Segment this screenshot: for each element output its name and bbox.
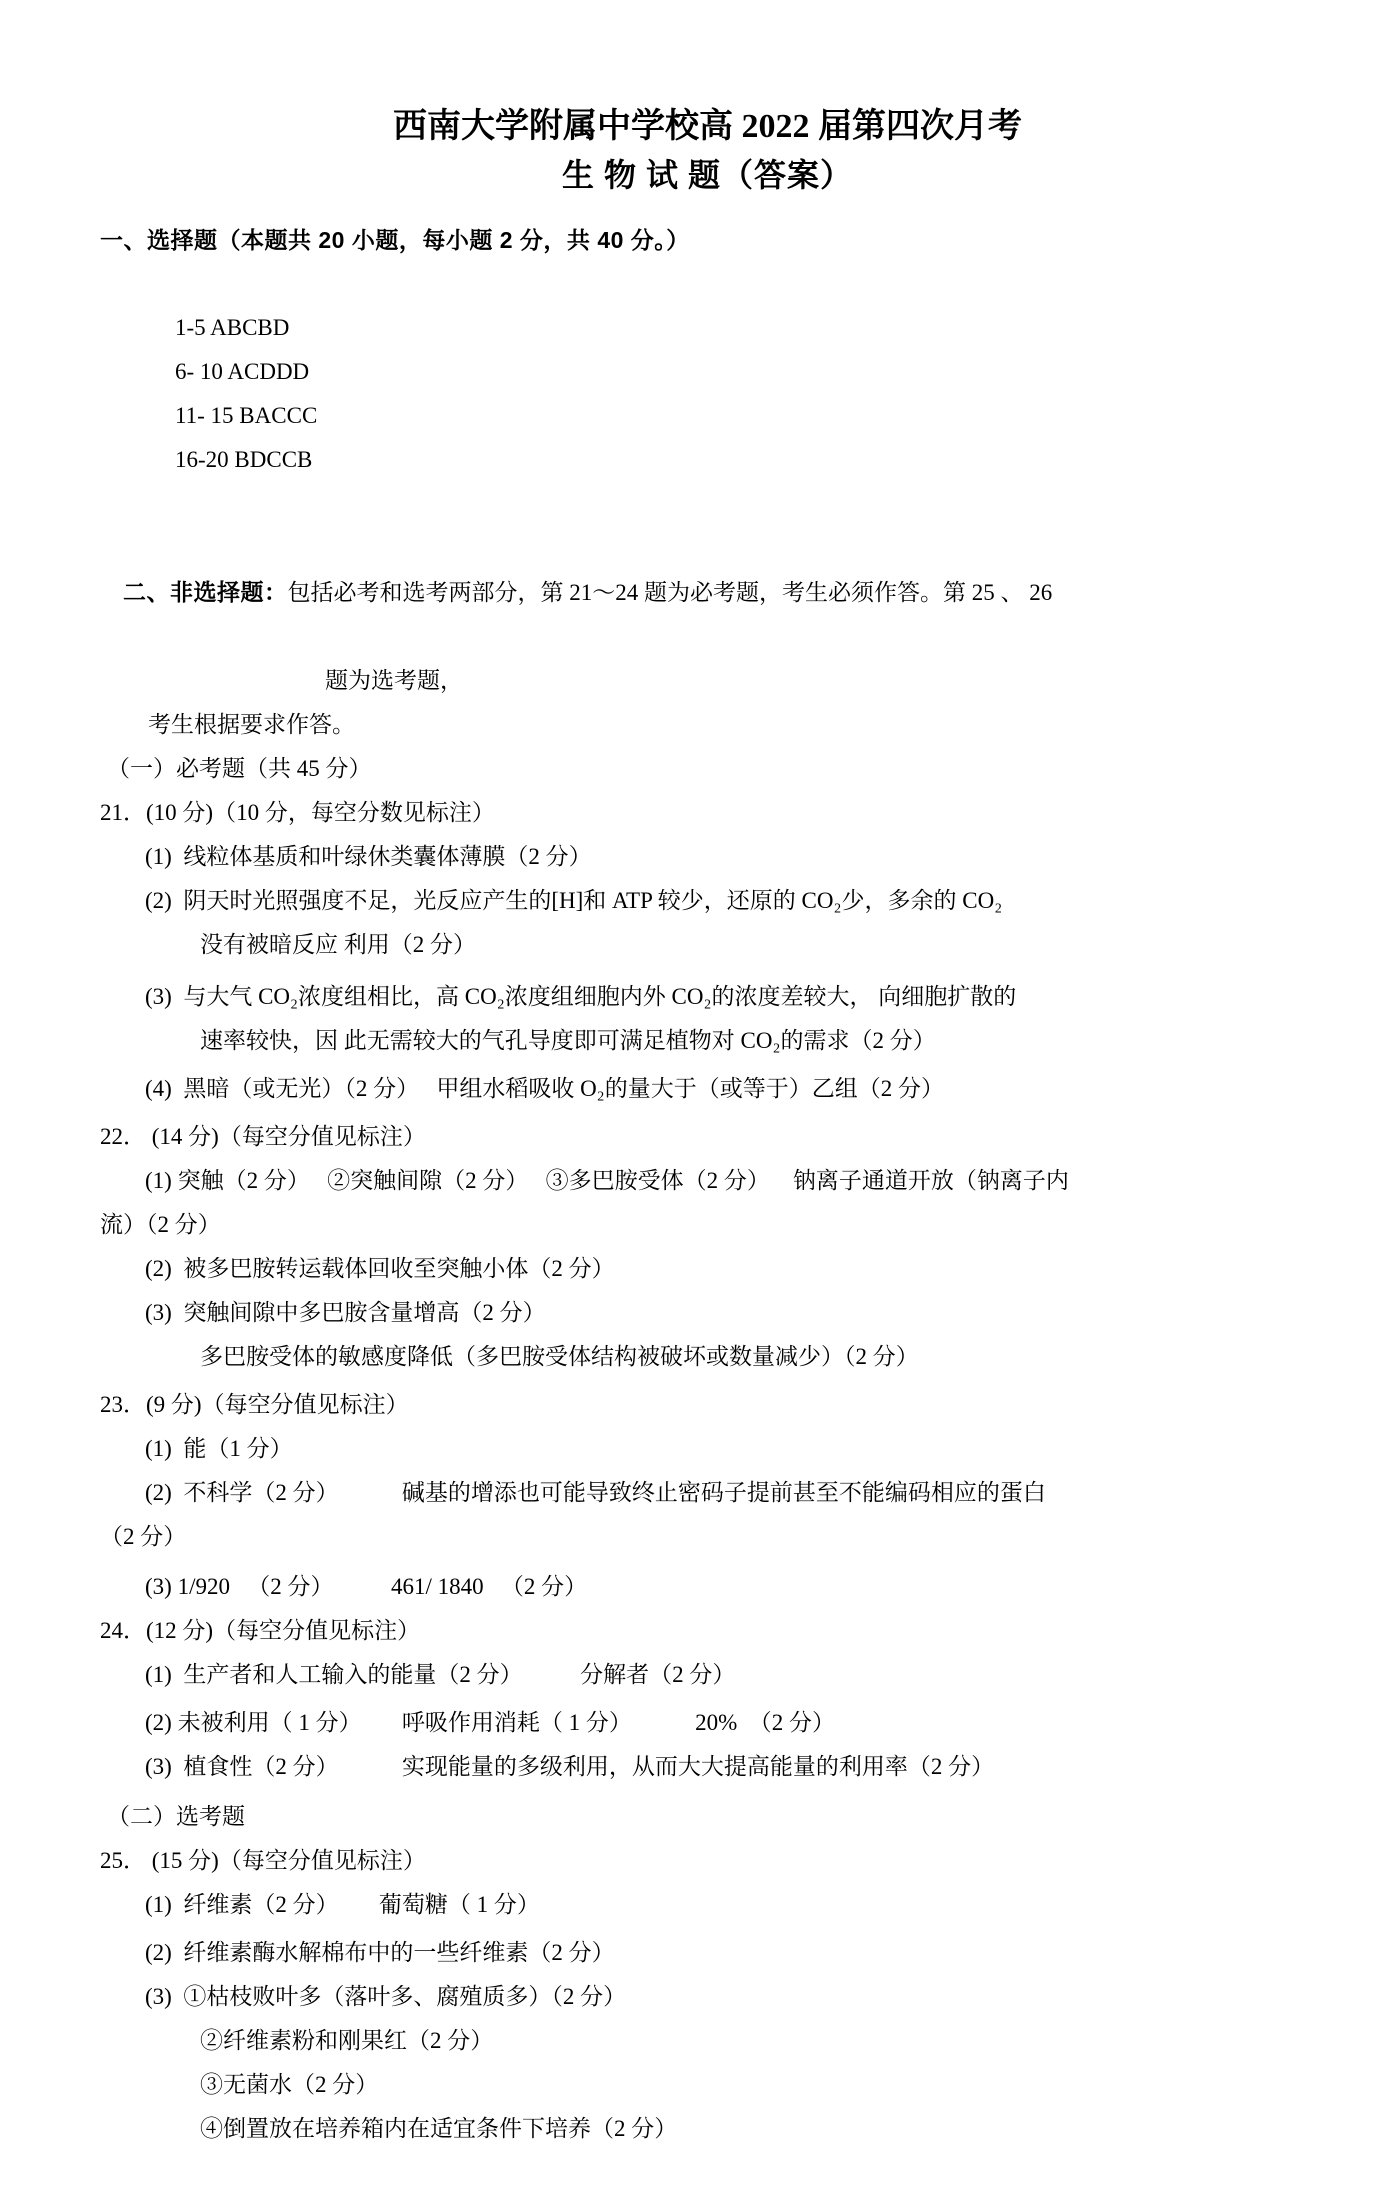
answer-group-6-10: 6- 10 ACDDD bbox=[175, 350, 375, 394]
answer-group-11-15: 11- 15 BACCC bbox=[175, 394, 370, 438]
q21-answer-2-line1: (2) 阴天时光照强度不足，光反应产生的[H]和 ATP 较少，还原的 CO₂少… bbox=[145, 879, 1315, 923]
choice-section-heading: 一、选择题（本题共 20 小题，每小题 2 分，共 40 分。） bbox=[100, 218, 1315, 262]
q21-answer-4: (4) 黑暗（或无光）（2 分） 甲组水稻吸收 O₂的量大于（或等于）乙组（2 … bbox=[145, 1067, 1315, 1111]
q25-answer-3-item1: (3) ①枯枝败叶多（落叶多、腐殖质多）（2 分） bbox=[145, 1975, 1315, 2019]
q24-header: 24．(12 分)（每空分值见标注） bbox=[100, 1609, 1315, 1653]
optional-part-heading: （二）选考题 bbox=[107, 1795, 1315, 1839]
nonchoice-section-intro: 包括必考和选考两部分，第 21～24 题为必考题，考生必须作答。第 25 、 2… bbox=[288, 580, 1053, 605]
q22-answer-2: (2) 被多巴胺转运载体回收至突触小体（2 分） bbox=[145, 1247, 1315, 1291]
q24-answer-2: (2) 未被利用（ 1 分） 呼吸作用消耗（ 1 分） 20% （2 分） bbox=[145, 1701, 1315, 1745]
q24-answer-3: (3) 植食性（2 分） 实现能量的多级利用，从而大大提高能量的利用率（2 分） bbox=[145, 1745, 1315, 1789]
answer-group-1-5: 1-5 ABCBD bbox=[175, 306, 368, 350]
q23-answer-1: (1) 能（1 分） bbox=[145, 1427, 1315, 1471]
exam-title: 西南大学附属中学校高 2022 届第四次月考 bbox=[100, 104, 1315, 150]
q23-header: 23．(9 分)（每空分值见标注） bbox=[100, 1383, 1315, 1427]
q22-answer-1-line1: (1) 突触（2 分） ②突触间隙（2 分） ③多巴胺受体（2 分） 钠离子通道… bbox=[145, 1159, 1315, 1203]
nonchoice-intro-line2: 题为选考题， bbox=[325, 659, 1315, 703]
q25-answer-2: (2) 纤维素酶水解棉布中的一些纤维素（2 分） bbox=[145, 1931, 1315, 1975]
q25-answer-1: (1) 纤维素（2 分） 葡萄糖（ 1 分） bbox=[145, 1883, 1315, 1927]
q21-answer-2-line2: 没有被暗反应 利用（2 分） bbox=[200, 923, 1315, 967]
q24-answer-1: (1) 生产者和人工输入的能量（2 分） 分解者（2 分） bbox=[145, 1653, 1315, 1697]
q25-answer-3-item4: ④倒置放在培养箱内在适宜条件下培养（2 分） bbox=[200, 2107, 1315, 2151]
nonchoice-intro-line3: 考生根据要求作答。 bbox=[148, 703, 1315, 747]
q25-answer-3-item2: ②纤维素粉和刚果红（2 分） bbox=[200, 2019, 1315, 2063]
exam-answer-sheet: 西南大学附属中学校高 2022 届第四次月考 生 物 试 题（答案） 一、选择题… bbox=[0, 0, 1375, 2191]
q22-answer-3-line1: (3) 突触间隙中多巴胺含量增高（2 分） bbox=[145, 1291, 1315, 1335]
nonchoice-section-label: 二、非选择题： bbox=[123, 579, 288, 605]
exam-subtitle: 生 物 试 题（答案） bbox=[100, 150, 1315, 200]
q22-answer-1-line2: 流）（2 分） bbox=[100, 1203, 1315, 1247]
answer-group-16-20: 16-20 BDCCB bbox=[175, 438, 312, 482]
q25-header: 25． (15 分)（每空分值见标注） bbox=[100, 1839, 1315, 1883]
q23-answer-2-line2: （2 分） bbox=[100, 1515, 1315, 1559]
q21-header: 21．(10 分)（10 分，每空分数见标注） bbox=[100, 791, 1315, 835]
q21-answer-3-line1: (3) 与大气 CO₂浓度组相比，高 CO₂浓度组细胞内外 CO₂的浓度差较大，… bbox=[145, 975, 1315, 1019]
q25-answer-3-item3: ③无菌水（2 分） bbox=[200, 2063, 1315, 2107]
q23-answer-3: (3) 1/920 （2 分） 461/ 1840 （2 分） bbox=[145, 1565, 1315, 1609]
q22-header: 22． (14 分)（每空分值见标注） bbox=[100, 1115, 1315, 1159]
choice-answers-row: 1-5 ABCBD 6- 10 ACDDD 11- 15 BACCC 16-20… bbox=[152, 262, 1315, 526]
q22-answer-3-line2: 多巴胺受体的敏感度降低（多巴胺受体结构被破坏或数量减少）（2 分） bbox=[200, 1335, 1315, 1379]
q21-answer-3-line2: 速率较快，因 此无需较大的气孔导度即可满足植物对 CO₂的需求（2 分） bbox=[200, 1019, 1315, 1063]
nonchoice-section-heading: 二、非选择题：包括必考和选考两部分，第 21～24 题为必考题，考生必须作答。第… bbox=[100, 526, 1315, 659]
q21-answer-1: (1) 线粒体基质和叶绿休类囊体薄膜（2 分） bbox=[145, 835, 1315, 879]
q23-answer-2-line1: (2) 不科学（2 分） 碱基的增添也可能导致终止密码子提前甚至不能编码相应的蛋… bbox=[145, 1471, 1315, 1515]
required-part-heading: （一）必考题（共 45 分） bbox=[107, 747, 1315, 791]
